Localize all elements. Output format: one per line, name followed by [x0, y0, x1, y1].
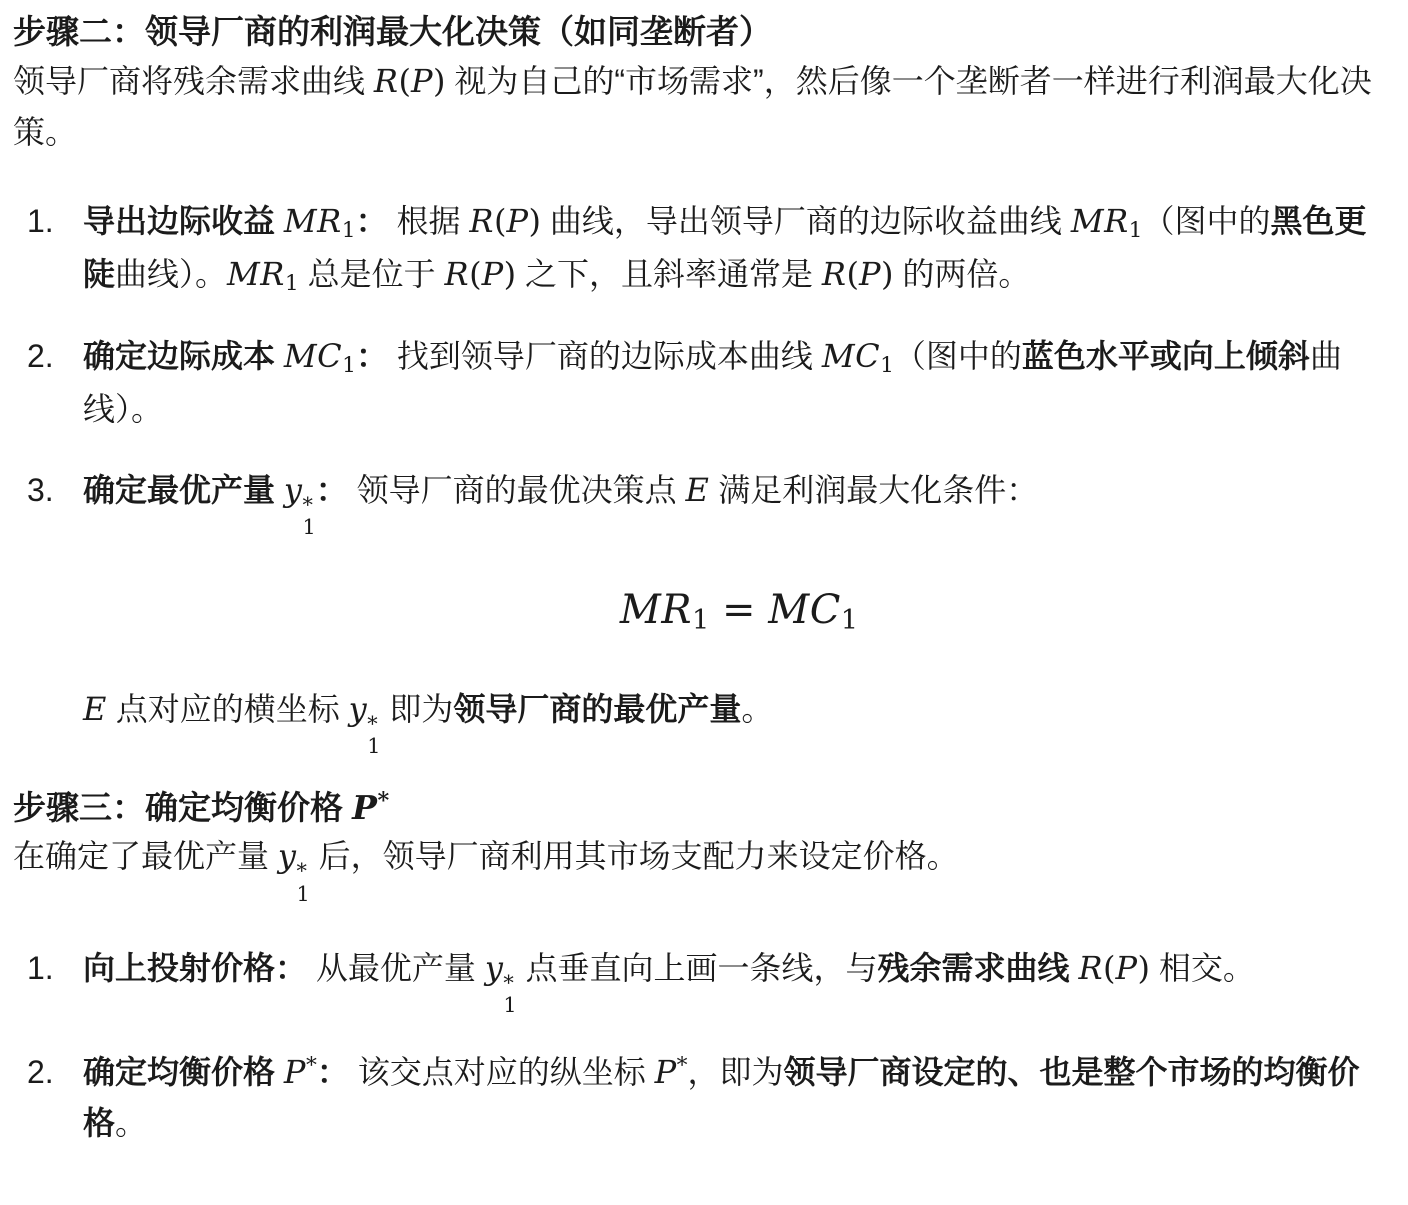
list-marker: 1. — [13, 196, 83, 301]
list-item: 1. 向上投射价格： 从最优产量 y*1 点垂直向上画一条线，与残余需求曲线 R… — [13, 943, 1395, 1017]
intro-paragraph: 领导厂商将残余需求曲线 R(P) 视为自己的“市场需求”，然后像一个垄断者一样进… — [13, 56, 1395, 158]
list-item: 3. 确定最优产量 y*1： 领导厂商的最优决策点 E 满足利润最大化条件： M… — [13, 465, 1395, 757]
list-item-text: 向上投射价格： 从最优产量 y*1 点垂直向上画一条线，与残余需求曲线 R(P)… — [83, 943, 1395, 1017]
document-page: 步骤二：领导厂商的利润最大化决策（如同垄断者） 领导厂商将残余需求曲线 R(P)… — [0, 0, 1408, 1205]
heading-step3: 步骤三：确定均衡价格 P* — [13, 784, 1395, 832]
list-item-text: 导出边际收益 MR1： 根据 R(P) 曲线，导出领导厂商的边际收益曲线 MR1… — [83, 196, 1395, 301]
heading-step2: 步骤二：领导厂商的利润最大化决策（如同垄断者） — [13, 8, 1395, 56]
list-item-text: 确定边际成本 MC1： 找到领导厂商的边际成本曲线 MC1（图中的蓝色水平或向上… — [83, 331, 1395, 435]
step3-list: 1. 向上投射价格： 从最优产量 y*1 点垂直向上画一条线，与残余需求曲线 R… — [13, 943, 1395, 1149]
list-marker: 2. — [13, 1047, 83, 1149]
price-paragraph: 在确定了最优产量 y*1 后，领导厂商利用其市场支配力来设定价格。 — [13, 831, 1395, 905]
display-formula: MR1 = MC1 — [83, 585, 1395, 638]
list-marker: 3. — [13, 465, 83, 757]
step2-list: 1. 导出边际收益 MR1： 根据 R(P) 曲线，导出领导厂商的边际收益曲线 … — [13, 196, 1395, 757]
list-item-text: 确定均衡价格 P*： 该交点对应的纵坐标 P*，即为领导厂商设定的、也是整个市场… — [83, 1047, 1395, 1149]
list-marker: 1. — [13, 943, 83, 1017]
list-marker: 2. — [13, 331, 83, 435]
list-item-text: 确定最优产量 y*1： 领导厂商的最优决策点 E 满足利润最大化条件： — [83, 465, 1395, 539]
list-item: 2. 确定边际成本 MC1： 找到领导厂商的边际成本曲线 MC1（图中的蓝色水平… — [13, 331, 1395, 435]
list-item: 2. 确定均衡价格 P*： 该交点对应的纵坐标 P*，即为领导厂商设定的、也是整… — [13, 1047, 1395, 1149]
formula-followup-text: E 点对应的横坐标 y*1 即为领导厂商的最优产量。 — [83, 684, 1395, 758]
list-item: 1. 导出边际收益 MR1： 根据 R(P) 曲线，导出领导厂商的边际收益曲线 … — [13, 196, 1395, 301]
